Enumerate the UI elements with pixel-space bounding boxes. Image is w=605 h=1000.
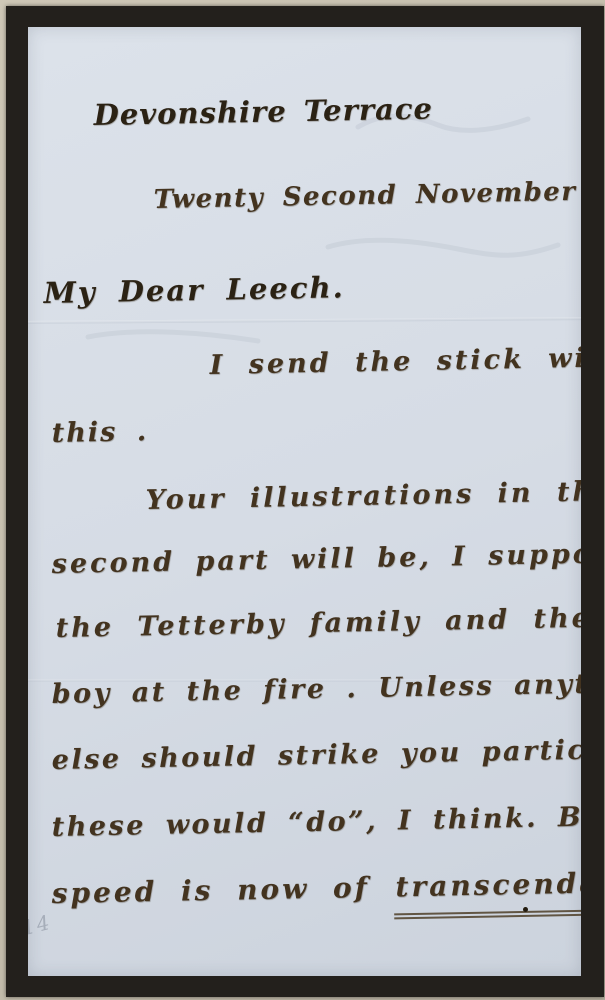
body-line: I send the stick with <box>209 344 581 379</box>
body-line: else should strike you particularly, <box>51 735 581 774</box>
black-mat-border: Devonshire Terrace Twenty Second Novembe… <box>6 6 604 997</box>
date-line: Twenty Second November 1848. <box>154 177 581 213</box>
body-line: this . <box>51 418 148 447</box>
ink-spot <box>523 907 528 912</box>
pencil-margin-note: 14 <box>28 910 54 940</box>
letter-paper: Devonshire Terrace Twenty Second Novembe… <box>28 27 581 976</box>
body-line: second part will be, I suppose, <box>51 540 581 578</box>
body-line: the Tetterby family and the <box>55 605 581 642</box>
body-line: Your illustrations in the <box>145 478 581 514</box>
salutation-line: My Dear Leech. <box>43 273 344 308</box>
body-line: boy at the fire . Unless anything <box>51 669 581 708</box>
double-underlined-word: transcendant <box>393 865 581 919</box>
address-line: Devonshire Terrace <box>93 94 433 130</box>
paper-fold-crease <box>28 317 581 324</box>
letter-photograph: Devonshire Terrace Twenty Second Novembe… <box>0 0 605 1000</box>
body-line: these would “do”, I think. But <box>51 803 581 841</box>
body-line-with-underline: speed is now of transcendant <box>51 868 581 908</box>
last-line-text: speed is now of <box>51 870 393 910</box>
